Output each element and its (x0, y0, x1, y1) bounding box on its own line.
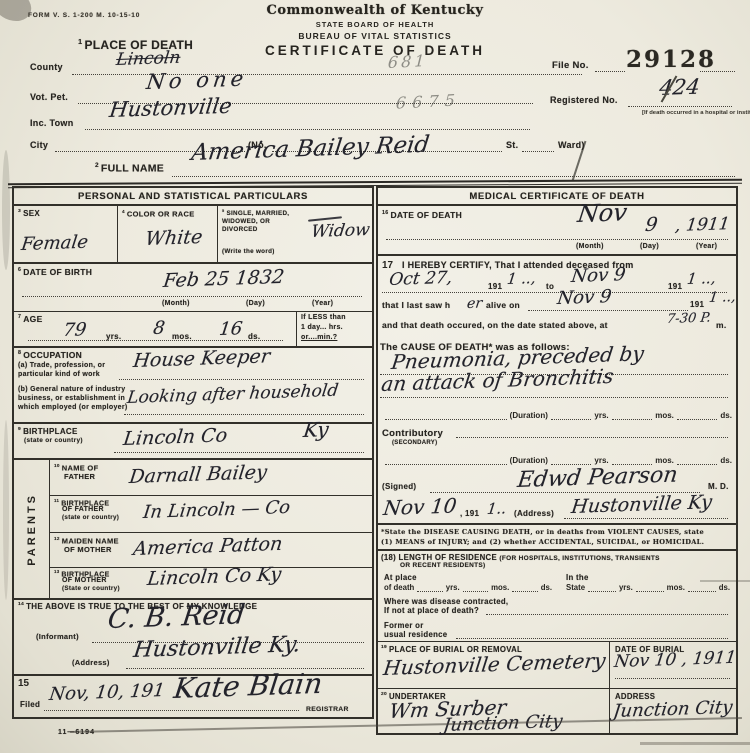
parents-rows: 10NAME OF FATHER Darnall Bailey 11BIRTHP… (50, 460, 372, 598)
dotted-rule (124, 414, 364, 415)
race-value: White (144, 226, 204, 250)
dod-day-label: (Day) (640, 243, 659, 250)
certify-occured-line: and that death occured, on the date stat… (382, 320, 608, 330)
dotted-rule (486, 614, 728, 615)
dob-value: Feb 25 1832 (162, 266, 285, 292)
sex-label: 3SEX (18, 209, 40, 218)
certify-time-value: 7-30 P. (666, 310, 712, 327)
parents-vertical-text: PARENTS (26, 493, 38, 566)
dob-day-label: (Day) (246, 300, 265, 307)
certify-year-print1: 191 (488, 282, 502, 291)
contributory-label: Contributory (382, 428, 443, 439)
signed-label: (Signed) (382, 482, 416, 491)
dotted-rule (688, 587, 716, 592)
duration-yrs: yrs. (594, 411, 608, 420)
footnote-line2: (1) MEANS of INJURY; and (2) whether ACC… (381, 538, 704, 546)
age-days-unit: ds. (248, 332, 260, 341)
certify-from-value: Oct 27, (388, 268, 454, 290)
mother-name-row: 12MAIDEN NAME OF MOTHER America Patton (50, 533, 372, 568)
age-main-cell: 7AGE 79 yrs. 8 mos. 16 ds. (14, 312, 296, 346)
certify-saw-hw: er (466, 295, 483, 312)
birthplace-value: Lincoln Co (122, 424, 229, 450)
commonwealth-title: Commonwealth of Kentucky (215, 3, 535, 18)
certificate-title: CERTIFICATE OF DEATH (215, 43, 535, 58)
birthplace-row: 9BIRTHPLACE (state or country) Lincoln C… (14, 424, 372, 460)
dotted-rule (677, 460, 718, 465)
age-label: 7AGE (18, 314, 43, 324)
age-years-value: 79 (62, 319, 88, 341)
date-of-birth-row: 6DATE OF BIRTH Feb 25 1832 (Month) (Day)… (14, 264, 372, 312)
death-certificate-scan: FORM V. S. 1-200 M. 10-15-10 Commonwealt… (0, 0, 750, 753)
dotted-rule (628, 106, 732, 107)
certify-from-year: 1 .., (506, 269, 537, 288)
dotted-rule (385, 460, 507, 465)
dotted-rule (528, 310, 688, 311)
dotted-rule (85, 129, 530, 130)
dotted-rule (700, 71, 735, 72)
dod-year-label: (Year) (696, 243, 717, 250)
certify-saw-line2: alive on (486, 300, 520, 310)
file-no-value: 29128 (626, 46, 716, 73)
certify-to-year: 1 .., (686, 269, 717, 288)
burial-date-cell: DATE OF BURIAL Nov 10 , 1911 (610, 642, 736, 688)
medical-certificate-column: MEDICAL CERTIFICATE OF DEATH 16DATE OF D… (376, 186, 738, 735)
undertaker-row: 20UNDERTAKER Wm Surber Junction City ADD… (378, 689, 736, 733)
duration2-label: (Duration) (510, 456, 548, 465)
certify-saw-value: Nov 9 (556, 286, 613, 309)
pencil-number-bottom: 6675 (395, 90, 461, 112)
county-value: Lincoln (115, 48, 182, 70)
signed-date-year: 1.. (486, 499, 507, 518)
vot-pet-value: No one (145, 67, 249, 94)
occupation-a-value: House Keeper (132, 345, 271, 372)
father-bp-note: (state or country) (62, 514, 119, 521)
dod-day-value: 9 (644, 214, 659, 236)
dotted-rule (512, 587, 537, 592)
pencil-number-top: 681 (387, 51, 428, 72)
dotted-rule (22, 296, 362, 297)
inc-town-value: Hustonville (108, 94, 233, 122)
where-contracted-line2: If not at place of death? (384, 606, 479, 615)
duration-mos: mos. (655, 411, 674, 420)
informant-address-value: Hustonville Ky. (132, 632, 302, 663)
marital-value: Widow (310, 220, 371, 242)
residence-block: (18) LENGTH OF RESIDENCE (FOR HOSPITALS,… (378, 551, 736, 642)
sex-value: Female (20, 232, 89, 255)
dob-label: 6DATE OF BIRTH (18, 267, 92, 277)
scan-artifact (640, 742, 750, 745)
city-label: City (30, 140, 48, 150)
form-code: FORM V. S. 1-200 M. 10-15-10 (28, 12, 140, 19)
age-months-value: 8 (152, 318, 166, 339)
dotted-rule (595, 71, 625, 72)
personal-title: PERSONAL AND STATISTICAL PARTICULARS (14, 188, 372, 206)
signed-date-value: Nov 10 (382, 493, 458, 520)
occupation-b-line1: (b) General nature of industry (18, 386, 125, 393)
where-contracted-line1: Where was disease contracted, (384, 597, 508, 606)
dod-month-label: (Month) (576, 243, 604, 250)
footnote-block: *State the DISEASE CAUSING DEATH, or in … (378, 525, 736, 551)
dotted-rule (564, 518, 728, 519)
mother-name-value: America Patton (132, 533, 284, 560)
cause-of-death-block: The CAUSE OF DEATH* was as follows: Pneu… (378, 342, 736, 402)
md-label: M. D. (708, 482, 729, 491)
signed-date-address-row: Nov 10 , 191 1.. (Address) Hustonville K… (378, 498, 736, 525)
age-less-cell: If LESS than 1 day... hrs. or....min.? (296, 312, 372, 346)
scan-artifact (3, 420, 9, 600)
age-years-unit: yrs. (106, 332, 121, 341)
inc-town-label: Inc. Town (30, 118, 74, 128)
filed-label: Filed (20, 700, 40, 709)
parents-block: PARENTS 10NAME OF FATHER Darnall Bailey … (14, 460, 372, 600)
full-name-value: America Bailey Reid (190, 132, 431, 166)
residence-header: (18) LENGTH OF RESIDENCE (FOR HOSPITALS,… (381, 553, 660, 562)
sex-cell: 3SEX Female (14, 206, 118, 262)
dotted-rule (615, 678, 730, 679)
race-label: 4COLOR OR RACE (122, 209, 195, 219)
file-no-label: File No. (552, 60, 589, 71)
in-state-units: State yrs. mos. ds. (566, 581, 730, 592)
residence-header2: OR RECENT RESIDENTS) (400, 562, 485, 569)
city-st-label: St. (506, 140, 518, 150)
occupation-b-value: Looking after household (126, 381, 340, 408)
mother-name-label2: OF MOTHER (64, 545, 112, 554)
contributory-note: (SECONDARY) (392, 440, 437, 446)
occupation-a-line2: particular kind of work (18, 371, 100, 378)
form-header: Commonwealth of Kentucky STATE BOARD OF … (215, 3, 535, 58)
duration-label: (Duration) (510, 411, 548, 420)
marital-note: (Write the word) (222, 248, 275, 255)
age-less-line2: 1 day... hrs. (301, 324, 343, 331)
former-residence-line1: Former or (384, 621, 424, 630)
board-subtitle: STATE BOARD OF HEALTH (215, 20, 535, 29)
sig-address-value: Hustonville Ky (570, 491, 713, 518)
informant-block: 14THE ABOVE IS TRUE TO THE BEST OF MY KN… (14, 600, 372, 676)
registered-note: [If death occurred in a hospital or inst… (642, 110, 742, 118)
contributory-row: Contributory (SECONDARY) (378, 426, 736, 452)
dotted-rule (636, 587, 664, 592)
occupation-a-line1: (a) Trade, profession, or (18, 362, 105, 369)
birthplace-state-value: Ky (302, 417, 330, 442)
certify-to-label: to (546, 282, 554, 291)
registrar-signature: Kate Blain (172, 667, 324, 705)
father-name-label2: FATHER (64, 472, 95, 481)
dotted-rule (44, 710, 299, 711)
occupation-row: 8OCCUPATION (a) Trade, profession, or pa… (14, 348, 372, 424)
certify-saw-line: that I last saw h (382, 300, 450, 310)
certify-year-print2: 191 (668, 282, 682, 291)
medical-title: MEDICAL CERTIFICATE OF DEATH (378, 188, 736, 206)
father-bp-label2: OF FATHER (62, 506, 104, 513)
dod-month-value: Nov (576, 198, 629, 228)
occupation-label: 8OCCUPATION (18, 350, 82, 360)
burial-date-value: Nov 10 , 1911 (613, 648, 737, 672)
informant-label: (Informant) (36, 632, 79, 641)
certify-occured-m: m. (716, 320, 727, 330)
undertaker-cell: 20UNDERTAKER Wm Surber Junction City (378, 689, 610, 733)
county-label: County (30, 62, 63, 72)
duration-line-1: (Duration) yrs. mos. ds. (378, 402, 736, 426)
physician-signature: Edwd Pearson (516, 462, 679, 493)
dotted-rule (385, 415, 507, 420)
personal-particulars-column: PERSONAL AND STATISTICAL PARTICULARS 3SE… (12, 186, 374, 719)
mother-bp-label2: OF MOTHER (62, 577, 107, 584)
birthplace-note: (state or country) (24, 437, 83, 444)
father-name-value: Darnall Bailey (128, 461, 268, 488)
dotted-rule (551, 415, 592, 420)
registered-no-label: Registered No. (550, 95, 618, 105)
burial-row: 19PLACE OF BURIAL OR REMOVAL Hustonville… (378, 642, 736, 689)
burial-place-cell: 19PLACE OF BURIAL OR REMOVAL Hustonville… (378, 642, 610, 688)
dotted-rule (172, 176, 735, 177)
marital-label: 5SINGLE, MARRIED, WIDOWED, OR DIVORCED (222, 209, 302, 234)
dotted-rule (119, 379, 364, 380)
dod-year-value: , 1911 (674, 214, 731, 236)
footnote-line1: *State the DISEASE CAUSING DEATH, or in … (381, 528, 704, 536)
undertaker-address-cell: ADDRESS Junction City (610, 689, 736, 733)
age-row: 7AGE 79 yrs. 8 mos. 16 ds. If LESS than … (14, 312, 372, 348)
age-months-unit: mos. (172, 332, 192, 341)
dob-year-label: (Year) (312, 300, 333, 307)
filed-row: 15 Filed Nov, 10, 191 Kate Blain REGISTR… (14, 676, 372, 717)
occupation-b-line2: business, or establishment in (18, 395, 125, 402)
dotted-rule (463, 587, 488, 592)
full-name-label: 2FULL NAME (95, 162, 164, 175)
duration2-yrs: yrs. (594, 456, 608, 465)
age-less-line1: If LESS than (301, 314, 346, 321)
former-residence-line2: usual residence (384, 630, 447, 639)
dotted-rule (417, 587, 442, 592)
mother-birthplace-row: 13BIRTHPLACE OF MOTHER (State or country… (50, 568, 372, 598)
filed-num: 15 (18, 678, 29, 689)
dotted-rule (588, 587, 616, 592)
dotted-rule (456, 437, 728, 438)
dotted-rule (677, 415, 718, 420)
dob-month-label: (Month) (162, 300, 190, 307)
age-less-line3: or....min.? (301, 334, 337, 341)
certify-saw-year: 1 .., (708, 289, 737, 306)
dotted-rule (456, 638, 728, 639)
dotted-rule (114, 452, 364, 453)
informant-signature: C. B. Reid (106, 599, 247, 635)
sex-race-marital-row: 3SEX Female 4COLOR OR RACE White 5SINGLE… (14, 206, 372, 264)
dotted-rule (382, 292, 727, 293)
sig-address-label: (Address) (514, 509, 554, 518)
marital-cell: 5SINGLE, MARRIED, WIDOWED, OR DIVORCED (… (218, 206, 372, 262)
birthplace-label: 9BIRTHPLACE (18, 427, 78, 436)
dotted-rule (380, 397, 728, 398)
father-name-row: 10NAME OF FATHER Darnall Bailey (50, 460, 372, 496)
dod-label: 16DATE OF DEATH (382, 210, 462, 220)
certify-year-print3: 191 (690, 300, 704, 309)
race-cell: 4COLOR OR RACE White (118, 206, 218, 262)
registrar-label: REGISTRAR (306, 706, 349, 713)
mother-bp-value: Lincoln Co Ky (146, 563, 282, 590)
dotted-rule (551, 460, 592, 465)
age-days-value: 16 (218, 318, 244, 340)
filed-date-value: Nov, 10, 191 (48, 680, 166, 705)
mother-bp-note: (State or country) (62, 585, 120, 592)
father-bp-value: In Lincoln — Co (142, 497, 291, 523)
duration-ds: ds. (720, 411, 732, 420)
bureau-subtitle: BUREAU OF VITAL STATISTICS (215, 31, 535, 41)
at-place-units: of death yrs. mos. ds. (384, 581, 552, 592)
occupation-b-line3: which employed (or employer) (18, 404, 128, 411)
city-ward-label: Ward) (558, 140, 585, 150)
scan-artifact (2, 150, 10, 270)
informant-address-label: (Address) (72, 658, 110, 667)
dotted-rule (522, 151, 554, 152)
dotted-rule (386, 239, 728, 240)
duration2-ds: ds. (720, 456, 732, 465)
certify-block: 17 I HEREBY CERTIFY, That I attended dec… (378, 256, 736, 342)
signed-date-print: , 191 (460, 509, 479, 518)
vot-pet-label: Vot. Pet. (30, 92, 68, 102)
dotted-rule (612, 415, 653, 420)
certify-to-value: Nov 9 (570, 264, 627, 287)
parents-side-label: PARENTS (14, 460, 50, 598)
father-birthplace-row: 11BIRTHPLACE OF FATHER (state or country… (50, 496, 372, 533)
date-of-death-row: 16DATE OF DEATH Nov 9 , 1911 (Month) (Da… (378, 206, 736, 256)
